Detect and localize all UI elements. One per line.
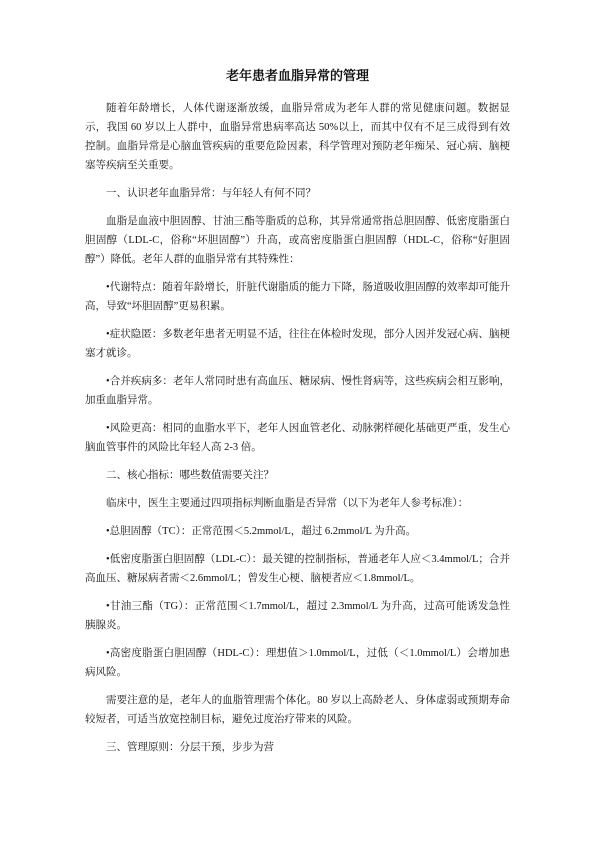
section-3-heading: 三、管理原则：分层干预，步步为营 [85,738,510,757]
bullet-higher-risk: •风险更高：相同的血脂水平下，老年人因血管老化、动脉粥样硬化基础更严重，发生心脑… [85,419,510,457]
document-title: 老年患者血脂异常的管理 [85,66,510,86]
section-1-intro-paragraph: 血脂是血液中胆固醇、甘油三酯等脂质的总称，其异常通常指总胆固醇、低密度脂蛋白胆固… [85,212,510,269]
bullet-ldl-c: •低密度脂蛋白胆固醇（LDL-C）：最关键的控制指标，普通老年人应＜3.4mmo… [85,550,510,588]
individualization-paragraph: 需要注意的是，老年人的血脂管理需个体化。80 岁以上高龄老人、身体虚弱或预期寿命… [85,691,510,729]
bullet-metabolic-features: •代谢特点：随着年龄增长，肝脏代谢脂质的能力下降，肠道吸收胆固醇的效率却可能升高… [85,278,510,316]
bullet-total-cholesterol-tc: •总胆固醇（TC）：正常范围＜5.2mmol/L，超过 6.2mmol/L 为升… [85,522,510,541]
bullet-comorbidities: •合并疾病多：老年人常同时患有高血压、糖尿病、慢性肾病等，这些疾病会相互影响，加… [85,372,510,410]
section-2-intro-paragraph: 临床中，医生主要通过四项指标判断血脂是否异常（以下为老年人参考标准）： [85,494,510,513]
section-1-heading: 一、认识老年血脂异常：与年轻人有何不同？ [85,184,510,203]
intro-paragraph: 随着年龄增长，人体代谢逐渐放缓，血脂异常成为老年人群的常见健康问题。数据显示，我… [85,99,510,175]
bullet-hdl-c: •高密度脂蛋白胆固醇（HDL-C）：理想值＞1.0mmol/L，过低（＜1.0m… [85,644,510,682]
document-page: 老年患者血脂异常的管理 随着年龄增长，人体代谢逐渐放缓，血脂异常成为老年人群的常… [0,0,595,841]
bullet-triglycerides-tg: •甘油三酯（TG）：正常范围＜1.7mmol/L，超过 2.3mmol/L 为升… [85,597,510,635]
bullet-hidden-symptoms: •症状隐匿：多数老年患者无明显不适，往往在体检时发现，部分人因并发冠心病、脑梗塞… [85,325,510,363]
section-2-heading: 二、核心指标：哪些数值需要关注？ [85,466,510,485]
